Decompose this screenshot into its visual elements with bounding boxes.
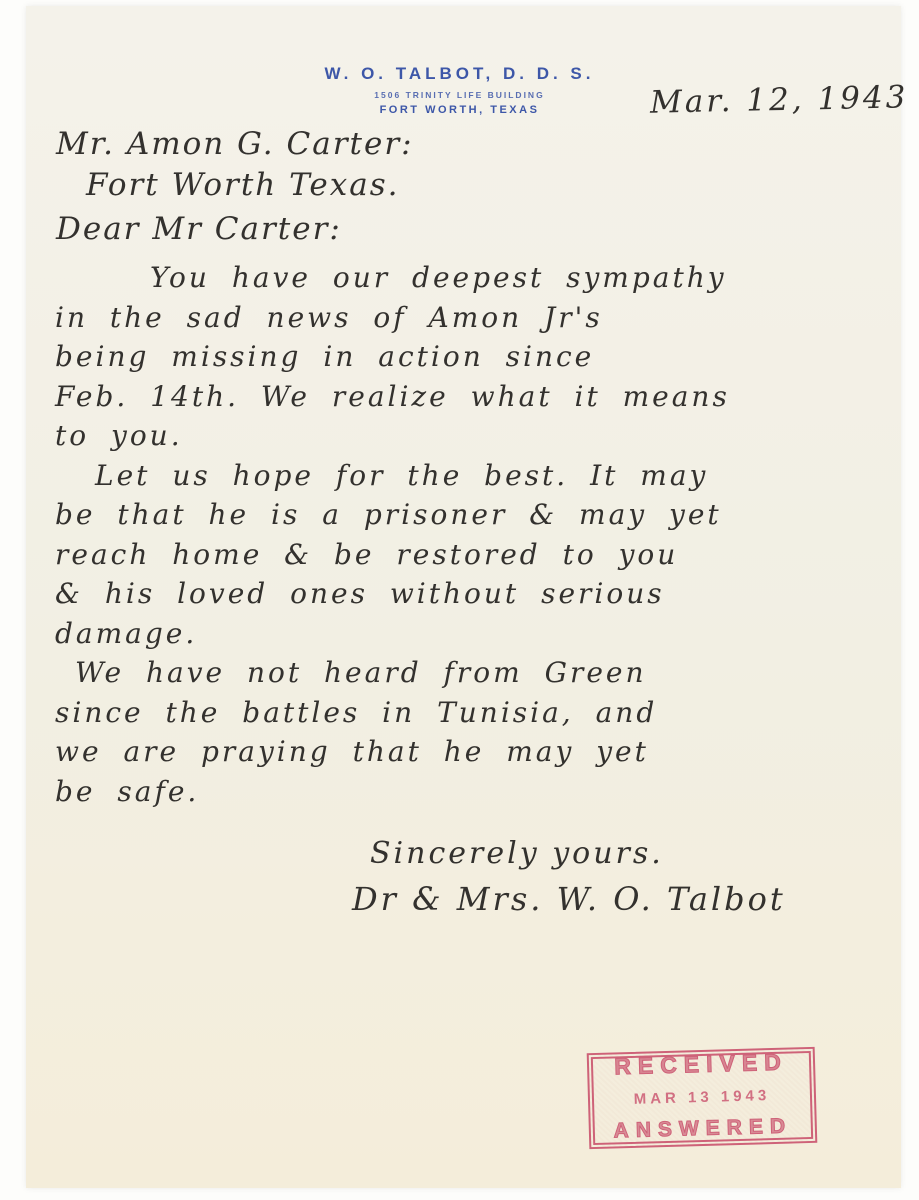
body-line: we are praying that he may yet	[55, 732, 900, 772]
stamp-answered-text: ANSWERED	[613, 1115, 792, 1144]
body-line: be safe.	[55, 772, 900, 812]
body-line: being missing in action since	[55, 337, 900, 377]
salutation: Dear Mr Carter:	[56, 211, 414, 247]
closing-phrase: Sincerely yours.	[370, 836, 664, 871]
body-line: Feb. 14th. We realize what it means	[55, 377, 900, 417]
body-line: reach home & be restored to you	[55, 535, 900, 575]
received-stamp: RECEIVED MAR 13 1943 ANSWERED	[587, 1047, 818, 1149]
letter-date: Mar. 12, 1943	[650, 79, 909, 120]
body-line: & his loved ones without serious	[55, 574, 900, 614]
body-line: to you.	[55, 416, 900, 456]
body-line: We have not heard from Green	[55, 653, 900, 693]
letter-scan: W. O. TALBOT, D. D. S. 1506 TRINITY LIFE…	[0, 0, 919, 1200]
body-line: You have our deepest sympathy	[55, 258, 900, 298]
body-line: damage.	[55, 614, 900, 654]
body-line: since the battles in Tunisia, and	[55, 693, 900, 733]
recipient-name: Mr. Amon G. Carter:	[56, 126, 414, 162]
letter-body: You have our deepest sympathy in the sad…	[55, 258, 900, 811]
body-line: in the sad news of Amon Jr's	[55, 298, 900, 338]
recipient-city: Fort Worth Texas.	[56, 167, 414, 203]
stamp-date: MAR 13 1943	[633, 1087, 770, 1108]
stamp-received-text: RECEIVED	[614, 1049, 788, 1081]
recipient-block: Mr. Amon G. Carter: Fort Worth Texas. De…	[56, 126, 414, 247]
body-line: Let us hope for the best. It may	[55, 456, 900, 496]
body-line: be that he is a prisoner & may yet	[55, 495, 900, 535]
signature: Dr & Mrs. W. O. Talbot	[352, 880, 786, 918]
